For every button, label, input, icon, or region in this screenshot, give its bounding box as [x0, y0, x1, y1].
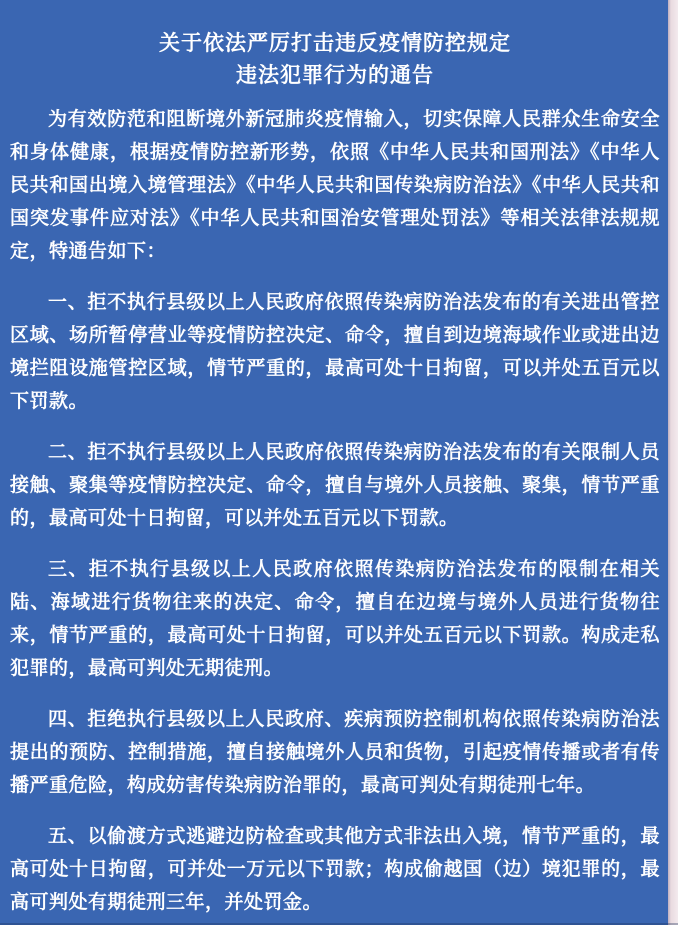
notice-item-1: 一、拒不执行县级以上人民政府依照传染病防治法发布的有关进出管控区域、场所暂停营业…	[10, 286, 660, 418]
notice-item-5: 五、以偷渡方式逃避边防检查或其他方式非法出入境，情节严重的，最高可处十日拘留，可…	[10, 820, 660, 919]
notice-intro-paragraph: 为有效防范和阻断境外新冠肺炎疫情输入，切实保障人民群众生命安全和身体健康，根据疫…	[10, 103, 660, 268]
notice-item-2: 二、拒不执行县级以上人民政府依照传染病防治法发布的有关限制人员接触、聚集等疫情防…	[10, 436, 660, 535]
notice-page: 关于依法严厉打击违反疫情防控规定 违法犯罪行为的通告 为有效防范和阻断境外新冠肺…	[0, 0, 678, 925]
notice-title: 关于依法严厉打击违反疫情防控规定 违法犯罪行为的通告	[10, 28, 660, 92]
notice-title-line1: 关于依法严厉打击违反疫情防控规定	[10, 28, 660, 60]
page-edge-shadow-right	[668, 0, 678, 925]
notice-item-4: 四、拒绝执行县级以上人民政府、疾病预防控制机构依照传染病防治法提出的预防、控制措…	[10, 703, 660, 802]
notice-title-line2: 违法犯罪行为的通告	[10, 60, 660, 92]
notice-item-3: 三、拒不执行县级以上人民政府依照传染病防治法发布的限制在相关陆、海域进行货物往来…	[10, 553, 660, 685]
